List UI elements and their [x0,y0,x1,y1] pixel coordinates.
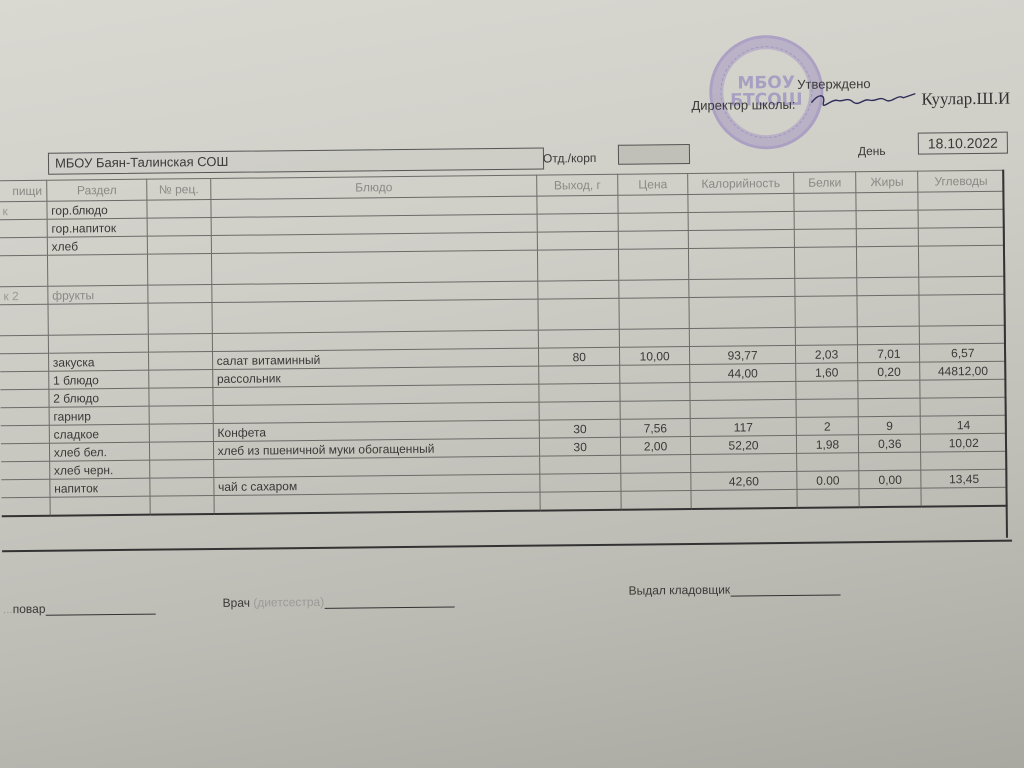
cell-recipe [150,496,214,515]
cell-calories: 93,77 [690,345,796,364]
cell-meal [1,425,49,444]
cell-section [50,496,151,516]
cell-yield: 30 [540,437,621,456]
cell-section: гарнир [49,406,150,425]
cook-line [46,614,156,616]
cell-protein [795,327,858,346]
cell-yield [539,365,620,384]
cell-calories [689,247,795,279]
cell-price: 7,56 [620,419,691,438]
cell-meal [0,353,48,372]
cell-price [619,298,690,330]
cell-section: 2 блюдо [49,388,150,407]
cell-price [619,280,690,299]
cell-yield: 30 [540,419,621,438]
cell-calories: 44,00 [690,363,796,382]
cell-fat [856,228,919,247]
cell-fat: 0,00 [859,470,922,489]
cell-carbs [921,451,1007,470]
cell-fat [857,246,920,278]
cell-meal [1,407,49,426]
director-label: Директор школы: [691,97,795,113]
cell-meal [0,304,48,336]
cell-yield [538,249,619,281]
cell-recipe [149,352,213,371]
cell-protein [794,211,857,230]
cell-protein: 1,60 [795,363,858,382]
column-header: Выход, г [537,174,618,196]
column-header: Углеводы [918,170,1004,192]
cell-price [620,401,691,420]
cell-carbs [918,191,1004,210]
cell-section: фрукты [48,285,149,304]
storekeeper-signature-line: Выдал кладовщик [628,581,840,597]
cell-yield [538,280,619,299]
cell-section: хлеб черн. [49,460,150,479]
cell-protein: 2 [796,417,859,436]
cell-carbs [919,294,1005,326]
cell-protein [796,381,859,400]
doctor-signature-line: Врач (диетсестра) [223,593,455,609]
cell-recipe [147,200,211,219]
cell-calories [688,193,794,212]
cell-protein [796,399,859,418]
cell-fat [856,210,919,229]
cell-calories: 52,20 [691,435,797,454]
day-label: День [858,144,886,158]
cell-fat: 0,20 [858,362,921,381]
cell-yield [538,231,619,250]
cell-carbs: 10,02 [921,433,1007,452]
cell-yield [537,195,618,214]
cell-section: гор.блюдо [47,200,148,219]
cell-calories [688,211,794,230]
cell-recipe [148,303,212,335]
cell-protein: 1,98 [796,435,859,454]
cell-meal [1,479,49,498]
cell-recipe [149,334,213,353]
date-field: 18.10.2022 [918,132,1008,155]
department-label: Отд./корп [543,151,596,166]
cell-yield: 80 [539,347,620,366]
cell-price [619,329,690,348]
cell-recipe [148,285,212,304]
cell-yield [539,383,620,402]
cell-calories [691,453,797,472]
cell-fat: 0,36 [859,434,922,453]
cell-carbs [920,397,1006,416]
cell-price [620,455,691,474]
cell-meal [0,371,48,390]
column-header: № рец. [147,179,211,201]
cell-section: напиток [50,478,151,497]
cell-meal [2,497,50,516]
cell-section: закуска [48,352,149,371]
cell-section [48,334,149,353]
cell-recipe [149,388,213,407]
director-signature [807,88,917,115]
cell-meal [0,335,48,354]
cell-carbs [919,209,1005,228]
cell-protein [797,489,860,508]
cell-protein [794,247,857,279]
storekeeper-line [730,594,840,596]
cell-fat [857,277,920,296]
cell-yield [540,473,621,492]
cell-section: хлеб бел. [49,442,150,461]
cell-carbs [919,276,1005,295]
table-border-bottom [2,540,1012,553]
cell-fat [857,326,920,345]
cell-meal: к 2 [0,286,48,305]
doctor-label: Врач [223,596,250,610]
stamp-ring [720,46,813,139]
cell-carbs: 13,45 [921,469,1007,488]
cell-calories: 42,60 [691,471,797,490]
cell-fat: 9 [858,416,921,435]
cell-fat [859,452,922,471]
cell-recipe [149,370,213,389]
cell-protein [794,193,857,212]
column-header: Белки [793,172,856,194]
cell-dish [214,492,541,514]
cell-meal [1,443,49,462]
cell-meal [0,237,47,256]
cell-protein: 2,03 [795,345,858,364]
department-field [618,144,690,165]
cell-meal [1,461,49,480]
cell-fat [858,380,921,399]
cell-fat [857,295,920,327]
column-header: Жиры [856,171,919,193]
cook-label: повар [13,602,46,616]
cell-recipe [147,218,211,237]
cell-recipe [148,236,212,255]
cell-price [618,231,689,250]
cell-calories [688,229,794,248]
cell-fat [859,488,922,507]
menu-table: пищиРаздел№ рец.БлюдоВыход, гЦенаКалорий… [0,170,1008,518]
cell-yield [539,401,620,420]
cell-calories [690,327,796,346]
doctor-sub: (диетсестра) [253,595,324,610]
column-header: пищи [0,180,47,202]
cell-fat [856,192,919,211]
cell-recipe [150,442,214,461]
cell-recipe [150,424,214,443]
cell-price [618,249,689,281]
cell-yield [540,491,621,510]
cell-section: хлеб [47,236,148,255]
cell-section: сладкое [49,424,150,443]
cell-carbs: 14 [921,415,1007,434]
cell-calories [691,489,797,509]
school-name-field: МБОУ Баян-Талинская СОШ [48,148,544,175]
column-header: Раздел [46,179,147,201]
menu-document: МБОУ БТСОШ Утверждено Директор школы: Ку… [0,0,1024,768]
cell-protein [795,278,858,297]
column-header: Цена [618,174,689,196]
cook-signature-line: ...повар [3,601,156,617]
cell-carbs [921,487,1007,506]
cell-meal [0,389,48,408]
column-header: Калорийность [688,172,794,194]
cell-carbs [919,227,1005,246]
cell-price [621,491,692,510]
cell-carbs: 44812,00 [920,361,1006,380]
storekeeper-label: Выдал кладовщик [628,583,730,598]
cell-fat [858,398,921,417]
cell-section: гор.напиток [47,218,148,237]
cell-calories [690,399,796,418]
cell-meal: к [0,201,47,220]
cell-section [47,254,148,286]
cell-price: 2,00 [620,437,691,456]
cell-carbs [920,325,1006,344]
cell-calories [689,278,795,297]
cell-dish [211,250,538,284]
cell-carbs [919,245,1005,277]
cell-section [48,303,149,335]
cell-section: 1 блюдо [48,370,149,389]
cell-meal [0,255,48,287]
cell-fat: 7,01 [858,344,921,363]
cell-price: 10,00 [619,347,690,366]
cell-yield [538,298,619,330]
cell-meal [0,219,47,238]
cell-protein [796,453,859,472]
cell-calories [690,381,796,400]
cell-carbs [920,379,1006,398]
cell-price [620,383,691,402]
cell-yield [539,329,620,348]
cell-carbs: 6,57 [920,343,1006,362]
cell-recipe [150,478,214,497]
cell-yield [540,455,621,474]
cell-recipe [149,406,213,425]
doctor-line [324,606,454,608]
cell-protein [794,229,857,248]
director-name: Куулар.Ш.И [921,89,1010,110]
cell-protein [795,296,858,328]
cell-price [621,473,692,492]
cell-calories: 117 [690,417,796,436]
cell-recipe [150,460,214,479]
cell-yield [538,213,619,232]
cell-calories [689,296,795,328]
cell-price [618,213,689,232]
cell-price [618,195,689,214]
cell-dish [212,299,539,333]
cell-protein: 0.00 [797,471,860,490]
cell-price [620,365,691,384]
cell-recipe [148,254,212,286]
cook-prefix: ... [3,602,13,616]
